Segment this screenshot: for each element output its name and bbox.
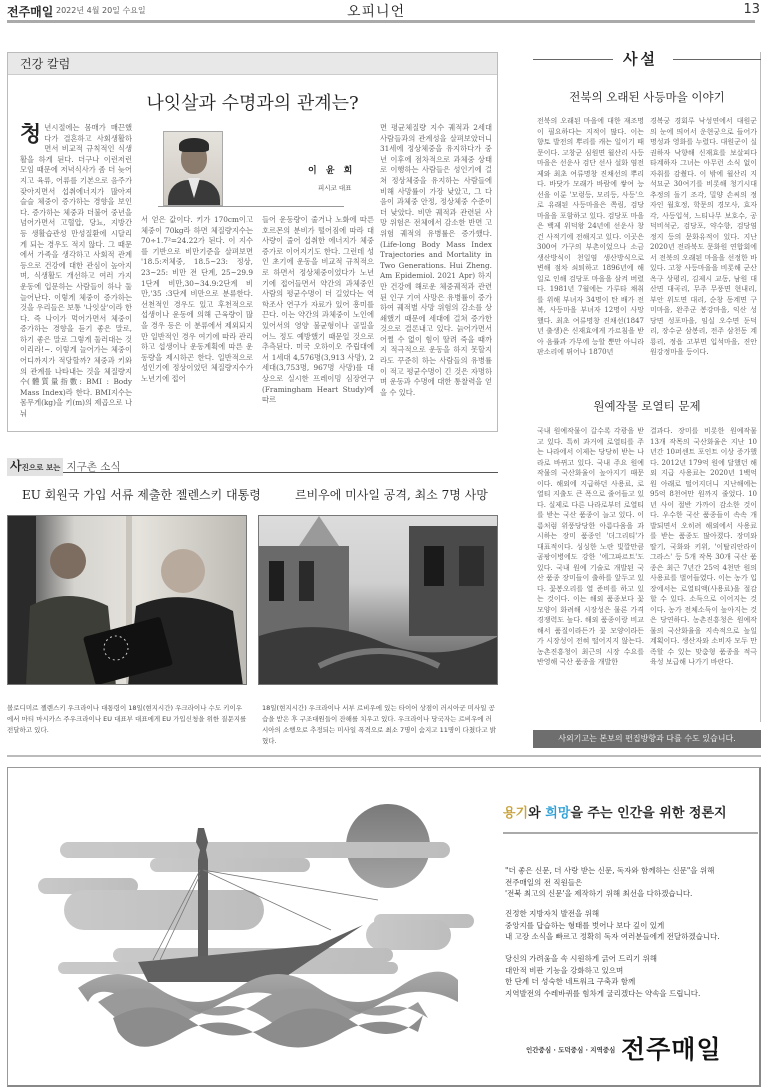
photo-news-title-1: EU 회원국 가입 서류 제출한 젤렌스키 대통령 — [22, 486, 261, 503]
article-column-3: 들어 운동량이 줄거나 노화에 따른 호르몬의 분비가 떨어짐에 따라 대사량이… — [262, 215, 374, 423]
editorial-1-column-2: 경복궁 경회루 낙성연에서 대원군의 눈에 띄어서 운현궁으로 들어가 명성과 … — [650, 116, 757, 388]
editorial-title-2: 원예작물 로열티 문제 — [533, 398, 761, 414]
section-title: 오피니언 — [347, 1, 405, 21]
disclaimer-banner: 사외기고는 본보의 편집방향과 다를 수도 있습니다. — [533, 730, 761, 748]
header-highlight: 사진으로 보는 — [7, 458, 63, 476]
photo-lviv-strike — [258, 515, 498, 685]
page-number: 13 — [743, 2, 760, 17]
editorial-header: 사설 — [533, 52, 761, 72]
photo-caption-2: 18일(현지시간) 우크라이나 서부 르비우에 있는 타이어 상점이 러시아군 … — [262, 703, 498, 747]
issue-date: 2022년 4월 20일 수요일 — [56, 5, 146, 16]
masthead-divider — [7, 20, 755, 23]
author-photo — [163, 131, 223, 206]
masthead: 전주매일 2022년 4월 20일 수요일 오피니언 13 — [7, 0, 762, 22]
article-column-1: 청 년시절에는 몸매가 매끈했다가 결혼하고 사회생활하면서 비교적 규칙적인 … — [20, 123, 132, 423]
column-label: 건강 칼럼 — [8, 53, 497, 75]
author-name: 이 윤 희 — [308, 163, 355, 176]
photo-news-header: 사진으로 보는지구촌 소식 — [7, 455, 498, 473]
photo-news-title-2: 르비우에 미사일 공격, 최소 7명 사망 — [295, 486, 488, 503]
ad-motto: 인간중심 · 도덕중심 · 지역중심 — [526, 1045, 615, 1054]
editorial-2-column-1: 국내 원예작물이 갈수록 각광을 받고 있다. 특히 과거에 로열티를 주는 나… — [537, 426, 644, 721]
newspaper-logo: 전주매일 — [621, 1030, 722, 1066]
health-column: 건강 칼럼 나잇살과 수명과의 관계는? 청 년시절에는 몸매가 매끈했다가 결… — [7, 52, 498, 432]
page-divider — [7, 755, 761, 757]
ad-slogan: 용기와 희망을 주는 인간을 위한 정론지 — [503, 802, 727, 821]
ad-paragraph-3: 당신의 가려움을 속 시원하게 긁어 드리기 위해 대안적 비판 기능을 강화하… — [505, 953, 700, 999]
editorial-section: 사설 전북의 오래된 사등마을 이야기 전북의 오래된 마을에 대한 재조명이 … — [533, 52, 761, 722]
editorial-2-column-2: 결과다. 장미를 비롯한 원예작물 13개 작목의 국산화율은 지난 10년간 … — [650, 426, 757, 721]
newspaper-brand: 전주매일 — [7, 3, 53, 20]
article-column-4: 면 평균체질량 지수 궤적과 2세대 사람들과의 관계성을 살펴보았더니 31세… — [380, 123, 492, 423]
article-title: 나잇살과 수명과의 관계는? — [8, 89, 497, 115]
ad-paragraph-2: 진정한 지방자치 발전을 위해 중앙지를 답습하는 형태를 벗어나 보다 깊이 … — [505, 908, 720, 943]
dropcap: 청 — [20, 123, 41, 145]
ship-illustration — [18, 770, 488, 1080]
article-column-2: 서 얻은 값이다. 키가 170cm이고 체중이 70kg라 하면 체질량지수는… — [141, 215, 253, 423]
photo-divider — [158, 206, 344, 207]
slogan-divider — [503, 832, 758, 834]
photo-zelensky — [7, 515, 247, 685]
advertisement: 용기와 희망을 주는 인간을 위한 정론지 "더 좋은 신문, 더 사랑 받는 … — [7, 767, 761, 1087]
editorial-1-column-1: 전북의 오래된 마을에 대한 재조명이 필요하다는 지적이 많다. 이는 향토 … — [537, 116, 644, 388]
editorial-title-1: 전북의 오래된 사등마을 이야기 — [533, 89, 761, 105]
author-title: 피시코 대표 — [318, 183, 351, 192]
ad-paragraph-1: "더 좋은 신문, 더 사랑 받는 신문, 독자와 함께하는 신문"을 위해 전… — [505, 865, 714, 900]
photo-caption-1: 볼로디미르 젤렌스키 우크라이나 대통령이 18일(현지시간) 우크라이나 수도… — [7, 703, 247, 736]
